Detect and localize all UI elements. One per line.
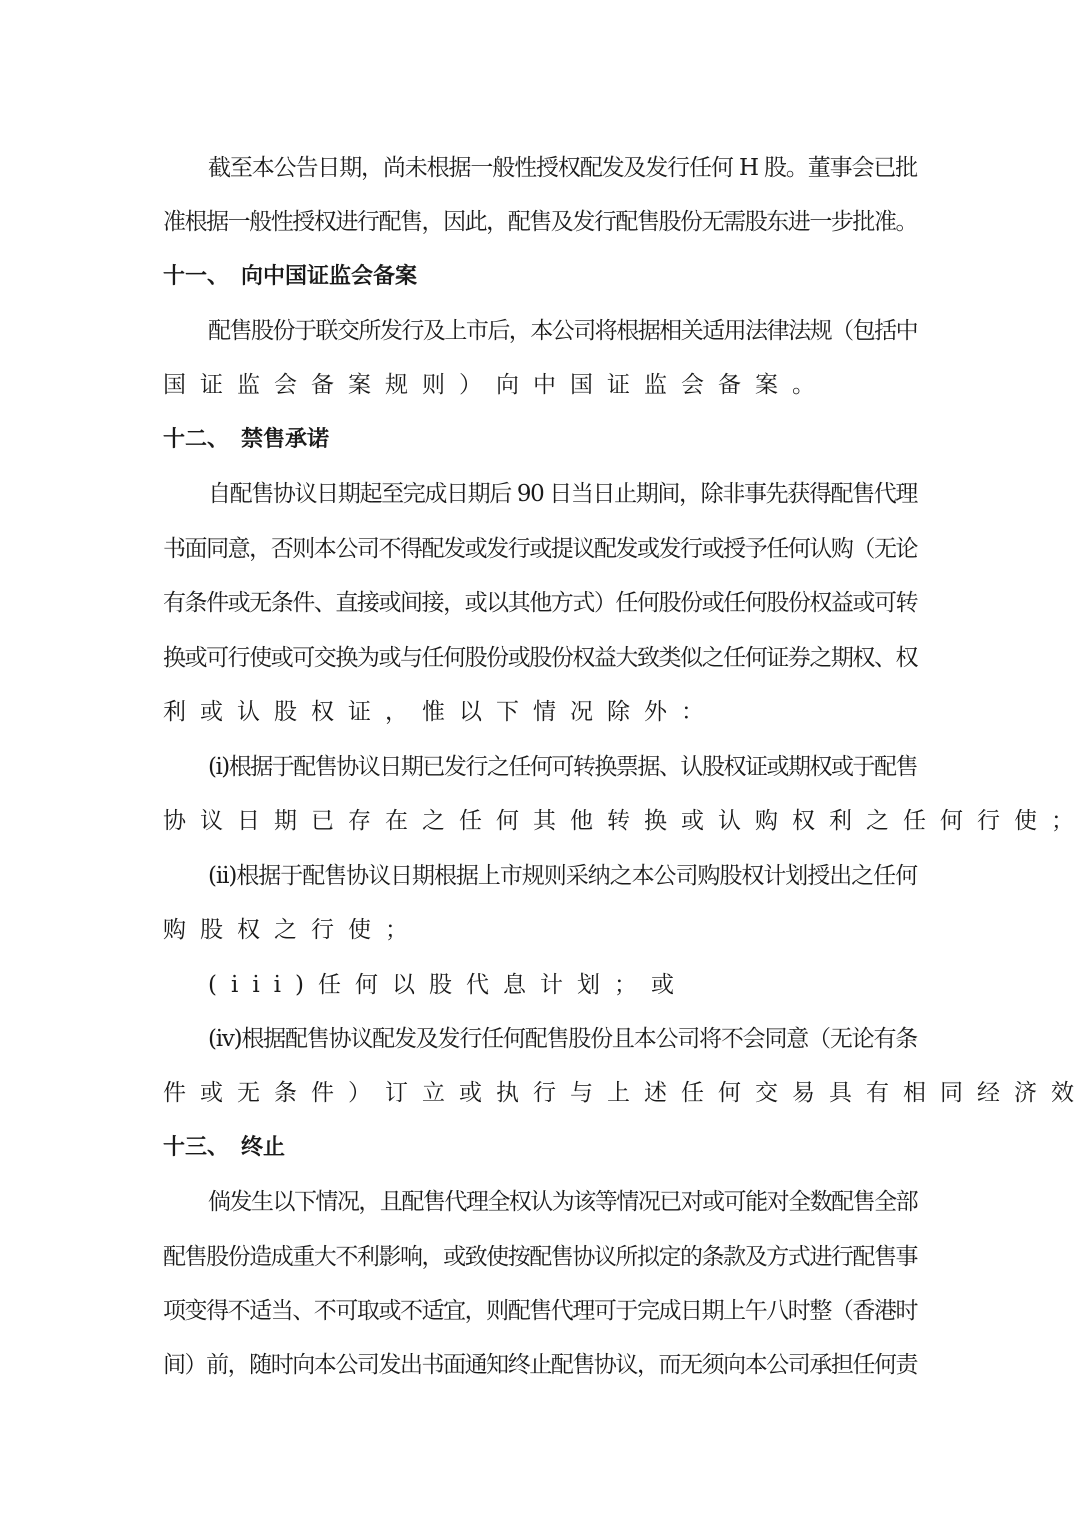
paragraph-line: 换或可行使或可交换为或与任何股份或股份权益大致类似之任何证券之期权、权 (163, 638, 917, 678)
list-item-iii: (iii)任何以股代息计划；或 (208, 965, 917, 1005)
paragraph-line: 间）前，随时向本公司发出书面通知终止配售协议，而无须向本公司承担任何责 (163, 1345, 917, 1385)
list-item-iv-cont: 件或无条件）订立或执行与上述任何交易具有相同经济效果之任何交易。 (163, 1073, 917, 1113)
section-heading-13: 十三、终止 (163, 1128, 917, 1168)
section-title: 终止 (241, 1135, 285, 1160)
list-item-iv: (iv)根据配售协议配发及发行任何配售股份且本公司将不会同意（无论有条 (208, 1019, 917, 1059)
paragraph-line: 自配售协议日期起至完成日期后 90 日当日止期间，除非事先获得配售代理 (208, 474, 917, 514)
list-item-ii-cont: 购股权之行使； (163, 910, 917, 950)
section-heading-11: 十一、向中国证监会备案 (163, 257, 917, 297)
paragraph-line: 利或认股权证，惟以下情况除外： (163, 692, 917, 732)
list-item-ii: (ii)根据于配售协议日期根据上市规则采纳之本公司购股权计划授出之任何 (208, 856, 917, 896)
paragraph-line: 倘发生以下情况，且配售代理全权认为该等情况已对或可能对全数配售全部 (208, 1182, 917, 1222)
paragraph-line: 截至本公告日期，尚未根据一般性授权配发及发行任何 H 股。董事会已批 (208, 148, 917, 188)
paragraph-line: 国证监会备案规则）向中国证监会备案。 (163, 365, 917, 405)
list-item-i-cont: 协议日期已存在之任何其他转换或认购权利之任何行使； (163, 801, 917, 841)
document-page: 截至本公告日期，尚未根据一般性授权配发及发行任何 H 股。董事会已批 准根据一般… (0, 0, 1080, 1527)
paragraph-line: 书面同意，否则本公司不得配发或发行或提议配发或发行或授予任何认购（无论 (163, 529, 917, 569)
list-item-i: (i)根据于配售协议日期已发行之任何可转换票据、认股权证或期权或于配售 (208, 747, 917, 787)
paragraph-line: 准根据一般性授权进行配售，因此，配售及发行配售股份无需股东进一步批准。 (163, 202, 917, 242)
paragraph-line: 配售股份于联交所发行及上市后，本公司将根据相关适用法律法规（包括中 (208, 311, 917, 351)
section-number: 十一、 (163, 257, 241, 297)
section-title: 向中国证监会备案 (241, 264, 417, 289)
paragraph-line: 有条件或无条件、直接或间接，或以其他方式）任何股份或任何股份权益或可转 (163, 583, 917, 623)
paragraph-line: 项变得不适当、不可取或不适宜，则配售代理可于完成日期上午八时整（香港时 (163, 1291, 917, 1331)
section-heading-12: 十二、禁售承诺 (163, 420, 917, 460)
section-number: 十三、 (163, 1128, 241, 1168)
paragraph-line: 配售股份造成重大不利影响，或致使按配售协议所拟定的条款及方式进行配售事 (163, 1237, 917, 1277)
section-number: 十二、 (163, 420, 241, 460)
section-title: 禁售承诺 (241, 427, 329, 452)
